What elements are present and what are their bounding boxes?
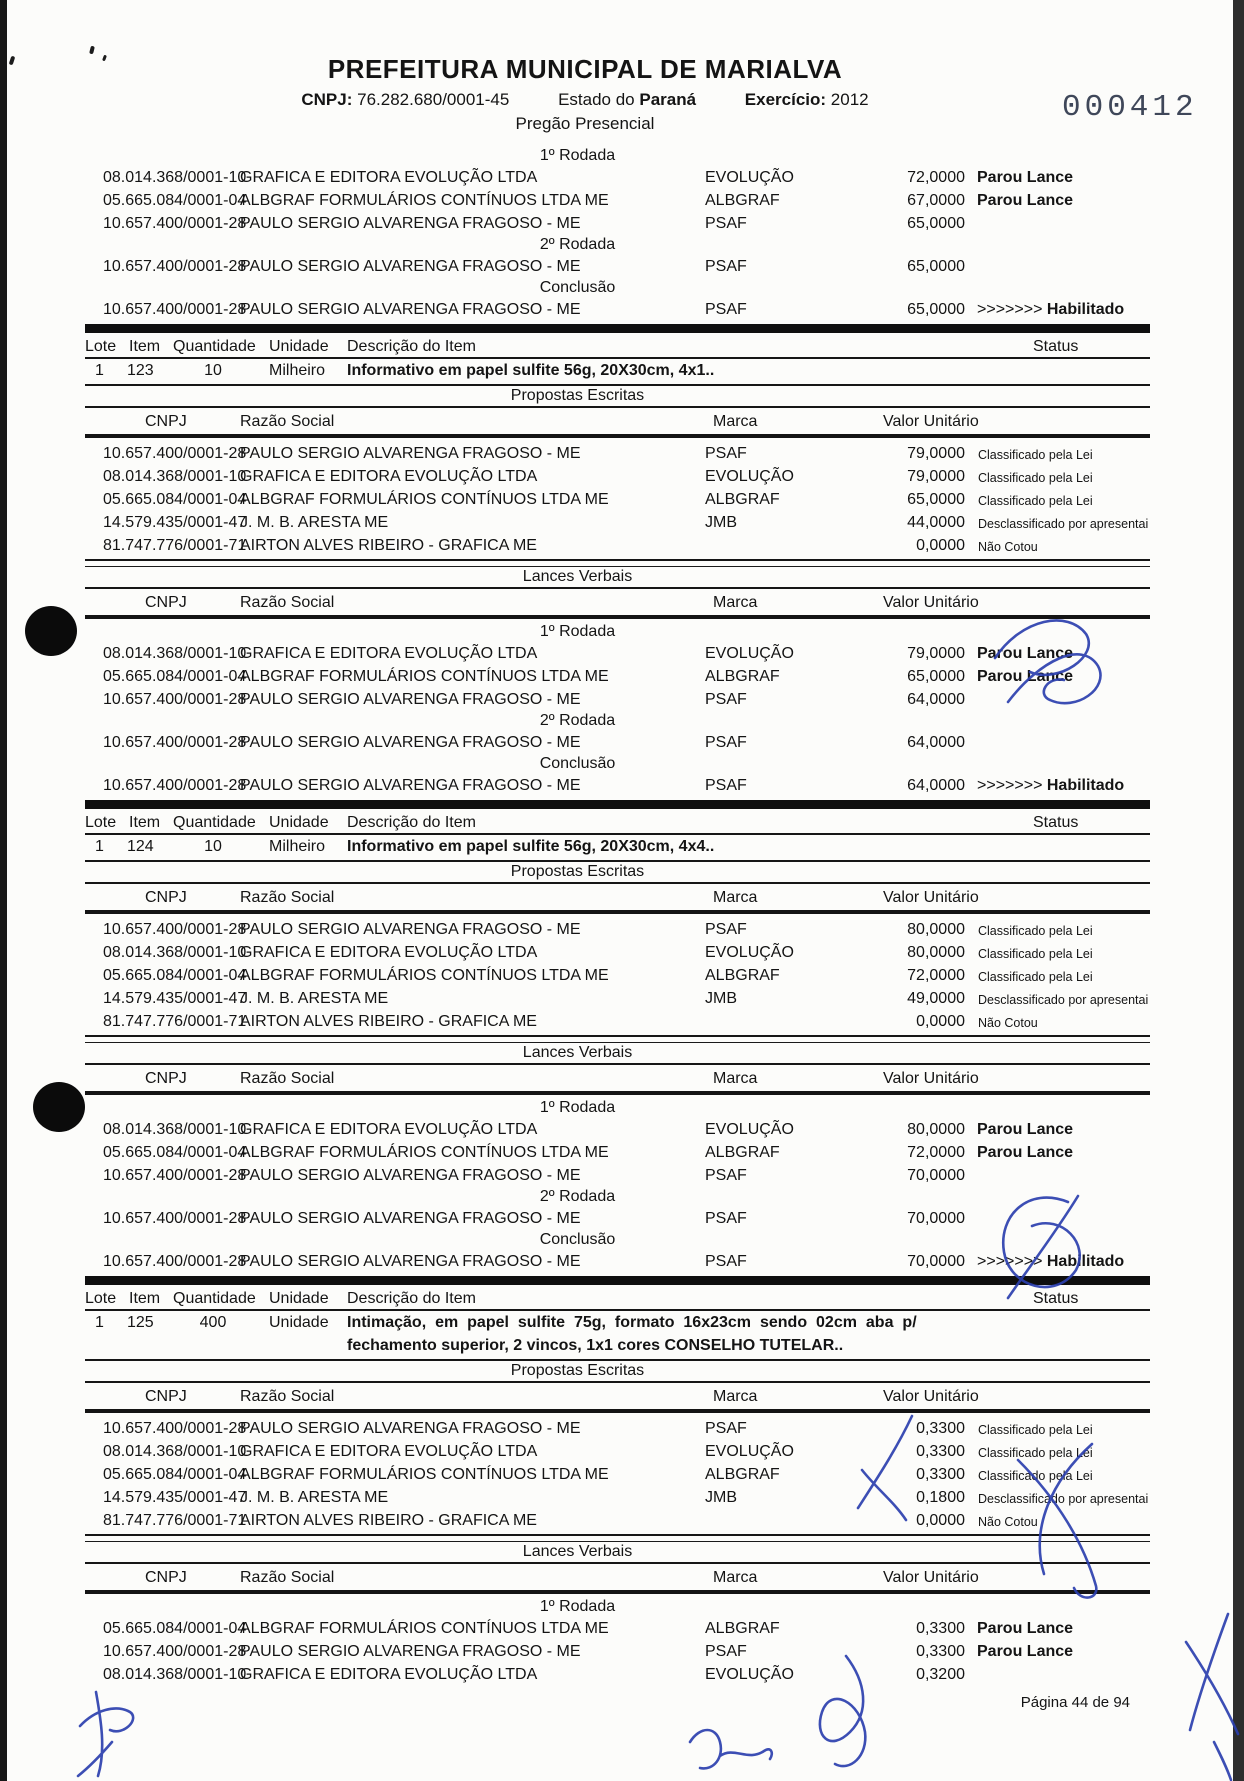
bid-flag: Parou Lance (977, 665, 1073, 688)
bid-row: 08.014.368/0001-10GRAFICA E EDITORA EVOL… (85, 465, 1150, 488)
bid-cnpj: 81.747.776/0001-71 (103, 1010, 246, 1033)
signature-mark (690, 1730, 772, 1768)
lot-value-lote: 1 (95, 1311, 104, 1334)
round-label: 1º Rodada (85, 622, 1070, 642)
bid-status: Classificado pela Lei (978, 467, 1093, 490)
bid-value: 0,3300 (725, 1463, 965, 1486)
bid-status: Desclassificado por apresentai (978, 989, 1148, 1012)
column-header-lote: Lote (85, 1288, 116, 1309)
bid-company: PAULO SERGIO ALVARENGA FRAGOSO - ME (240, 918, 581, 941)
bid-company: GRAFICA E EDITORA EVOLUÇÃO LTDA (240, 941, 537, 964)
column-header-descricao: Descrição do Item (347, 812, 476, 833)
bid-company: PAULO SERGIO ALVARENGA FRAGOSO - ME (240, 1640, 581, 1663)
bid-status: Desclassificado por apresentai (978, 1488, 1148, 1511)
bid-row: 08.014.368/0001-10GRAFICA E EDITORA EVOL… (85, 941, 1150, 964)
bid-cnpj: 10.657.400/0001-28 (103, 1207, 246, 1230)
lot-value-unidade: Milheiro (269, 835, 325, 858)
bid-flag: Parou Lance (977, 1640, 1073, 1663)
bid-cnpj: 05.665.084/0001-04 (103, 189, 246, 212)
bid-note: >>>>>>> Habilitado (977, 298, 1124, 321)
column-header-valor-unitario: Valor Unitário (883, 1567, 979, 1588)
bid-company: GRAFICA E EDITORA EVOLUÇÃO LTDA (240, 1118, 537, 1141)
column-header-quantidade: Quantidade (173, 812, 256, 833)
bid-value: 70,0000 (725, 1164, 965, 1187)
column-header-cnpj: CNPJ (145, 592, 187, 613)
document-body: 1º Rodada08.014.368/0001-10GRAFICA E EDI… (85, 146, 1150, 1686)
column-header-marca: Marca (713, 887, 757, 908)
bid-cnpj: 08.014.368/0001-10 (103, 941, 246, 964)
propostas-escritas-label: Propostas Escritas (85, 386, 1070, 406)
column-header-marca: Marca (713, 1068, 757, 1089)
round-label: Conclusão (85, 1230, 1070, 1250)
bid-row: 05.665.084/0001-04ALBGRAF FORMULÁRIOS CO… (85, 964, 1150, 987)
bid-status: Classificado pela Lei (978, 490, 1093, 513)
bid-row: 08.014.368/0001-10GRAFICA E EDITORA EVOL… (85, 1663, 1150, 1686)
bid-company: AIRTON ALVES RIBEIRO - GRAFICA ME (240, 1509, 537, 1532)
column-header-item: Item (129, 336, 160, 357)
bid-cnpj: 10.657.400/0001-28 (103, 1250, 246, 1273)
column-header-valor-unitario: Valor Unitário (883, 411, 979, 432)
bid-flag: Habilitado (1047, 1253, 1124, 1270)
bid-cnpj: 05.665.084/0001-04 (103, 1617, 246, 1640)
bid-cnpj: 05.665.084/0001-04 (103, 665, 246, 688)
round-label: Conclusão (85, 754, 1070, 774)
signature-mark (1186, 1614, 1238, 1780)
column-header-marca: Marca (713, 1567, 757, 1588)
bid-status: Não Cotou (978, 1012, 1038, 1035)
round-label: 2º Rodada (85, 711, 1070, 731)
lot-value-item: 124 (127, 835, 154, 858)
bid-flag: Parou Lance (977, 1118, 1073, 1141)
bid-flag: Habilitado (1047, 301, 1124, 318)
bid-value: 72,0000 (725, 964, 965, 987)
bid-cnpj: 05.665.084/0001-04 (103, 1463, 246, 1486)
bid-company: PAULO SERGIO ALVARENGA FRAGOSO - ME (240, 212, 581, 235)
bid-company: PAULO SERGIO ALVARENGA FRAGOSO - ME (240, 774, 581, 797)
bid-value: 80,0000 (725, 918, 965, 941)
bid-status: Classificado pela Lei (978, 1465, 1093, 1488)
bids-column-header: CNPJRazão SocialMarcaValor Unitário (85, 411, 1150, 432)
bid-status: Não Cotou (978, 536, 1038, 559)
bid-company: GRAFICA E EDITORA EVOLUÇÃO LTDA (240, 1663, 537, 1686)
bid-company: ALBGRAF FORMULÁRIOS CONTÍNUOS LTDA ME (240, 1617, 609, 1640)
bid-value: 44,0000 (725, 511, 965, 534)
bid-value: 65,0000 (725, 255, 965, 278)
propostas-escritas-label: Propostas Escritas (85, 862, 1070, 882)
propostas-escritas-label: Propostas Escritas (85, 1361, 1070, 1381)
bid-value: 65,0000 (725, 298, 965, 321)
bids-column-header: CNPJRazão SocialMarcaValor Unitário (85, 1386, 1150, 1407)
page-number: Página 44 de 94 (905, 1694, 1130, 1711)
lot-description-line: Informativo em papel sulfite 56g, 20X30c… (347, 359, 995, 382)
bid-cnpj: 10.657.400/0001-28 (103, 918, 246, 941)
column-header-descricao: Descrição do Item (347, 1288, 476, 1309)
bids-column-header: CNPJRazão SocialMarcaValor Unitário (85, 1567, 1150, 1588)
bid-cnpj: 81.747.776/0001-71 (103, 534, 246, 557)
bid-status: Não Cotou (978, 1511, 1038, 1534)
bid-flag: Parou Lance (977, 189, 1073, 212)
bid-status: Classificado pela Lei (978, 920, 1093, 943)
bid-cnpj: 10.657.400/0001-28 (103, 255, 246, 278)
column-header-marca: Marca (713, 411, 757, 432)
bid-cnpj: 05.665.084/0001-04 (103, 488, 246, 511)
bid-row: 81.747.776/0001-71AIRTON ALVES RIBEIRO -… (85, 534, 1150, 557)
column-header-cnpj: CNPJ (145, 1567, 187, 1588)
bid-cnpj: 10.657.400/0001-28 (103, 1640, 246, 1663)
bid-company: GRAFICA E EDITORA EVOLUÇÃO LTDA (240, 465, 537, 488)
bid-row: 05.665.084/0001-04ALBGRAF FORMULÁRIOS CO… (85, 1141, 1150, 1164)
bid-row: 10.657.400/0001-28PAULO SERGIO ALVARENGA… (85, 1250, 1150, 1273)
column-header-valor-unitario: Valor Unitário (883, 1068, 979, 1089)
column-header-lote: Lote (85, 812, 116, 833)
section-divider-bar (85, 1276, 1150, 1285)
bid-company: PAULO SERGIO ALVARENGA FRAGOSO - ME (240, 1417, 581, 1440)
bid-value: 70,0000 (725, 1250, 965, 1273)
lot-description: Informativo em papel sulfite 56g, 20X30c… (347, 835, 995, 858)
bid-value: 79,0000 (725, 642, 965, 665)
lances-verbais-label: Lances Verbais (85, 1043, 1070, 1063)
scan-edge-right (1233, 0, 1244, 1781)
bid-flag: Parou Lance (977, 1141, 1073, 1164)
bid-value: 67,0000 (725, 189, 965, 212)
bid-cnpj: 10.657.400/0001-28 (103, 298, 246, 321)
lot-value-unidade: Milheiro (269, 359, 325, 382)
bid-company: GRAFICA E EDITORA EVOLUÇÃO LTDA (240, 642, 537, 665)
bid-cnpj: 10.657.400/0001-28 (103, 1164, 246, 1187)
bid-row: 05.665.084/0001-04ALBGRAF FORMULÁRIOS CO… (85, 488, 1150, 511)
bid-value: 0,3300 (725, 1640, 965, 1663)
bid-row: 05.665.084/0001-04ALBGRAF FORMULÁRIOS CO… (85, 1617, 1150, 1640)
bid-flag: Parou Lance (977, 642, 1073, 665)
lot-column-header: LoteItemQuantidadeUnidadeDescrição do It… (85, 812, 1150, 833)
bid-status: Classificado pela Lei (978, 444, 1093, 467)
lot-row: 112310MilheiroInformativo em papel sulfi… (85, 359, 1150, 382)
bid-row: 10.657.400/0001-28PAULO SERGIO ALVARENGA… (85, 918, 1150, 941)
bid-cnpj: 10.657.400/0001-28 (103, 442, 246, 465)
bid-value: 0,0000 (725, 1010, 965, 1033)
bid-company: PAULO SERGIO ALVARENGA FRAGOSO - ME (240, 1207, 581, 1230)
bid-row: 08.014.368/0001-10GRAFICA E EDITORA EVOL… (85, 166, 1150, 189)
bid-value: 49,0000 (725, 987, 965, 1010)
bid-note: >>>>>>> Habilitado (977, 774, 1124, 797)
bid-company: PAULO SERGIO ALVARENGA FRAGOSO - ME (240, 731, 581, 754)
bid-company: PAULO SERGIO ALVARENGA FRAGOSO - ME (240, 1164, 581, 1187)
bid-row: 10.657.400/0001-28PAULO SERGIO ALVARENGA… (85, 1640, 1150, 1663)
lot-value-quantidade: 10 (173, 835, 253, 858)
bid-value: 64,0000 (725, 731, 965, 754)
column-header-descricao: Descrição do Item (347, 336, 476, 357)
hole-punch-icon (25, 606, 77, 656)
bid-flag: Parou Lance (977, 1617, 1073, 1640)
column-header-unidade: Unidade (269, 336, 329, 357)
scanned-document-page: PREFEITURA MUNICIPAL DE MARIALVA CNPJ: 7… (0, 0, 1244, 1781)
page-title: PREFEITURA MUNICIPAL DE MARIALVA (85, 54, 1085, 85)
lot-row: 112410MilheiroInformativo em papel sulfi… (85, 835, 1150, 858)
bid-row: 10.657.400/0001-28PAULO SERGIO ALVARENGA… (85, 442, 1150, 465)
bid-cnpj: 05.665.084/0001-04 (103, 964, 246, 987)
column-header-cnpj: CNPJ (145, 1068, 187, 1089)
lot-value-item: 123 (127, 359, 154, 382)
lot-description-line: Informativo em papel sulfite 56g, 20X30c… (347, 835, 995, 858)
column-header-valor-unitario: Valor Unitário (883, 1386, 979, 1407)
column-header-unidade: Unidade (269, 812, 329, 833)
bid-row: 14.579.435/0001-47J. M. B. ARESTA MEJMB4… (85, 987, 1150, 1010)
bid-row: 05.665.084/0001-04ALBGRAF FORMULÁRIOS CO… (85, 189, 1150, 212)
bid-cnpj: 08.014.368/0001-10 (103, 166, 246, 189)
lances-verbais-label: Lances Verbais (85, 1542, 1070, 1562)
bid-company: PAULO SERGIO ALVARENGA FRAGOSO - ME (240, 298, 581, 321)
lot-value-unidade: Unidade (269, 1311, 329, 1334)
bid-row: 10.657.400/0001-28PAULO SERGIO ALVARENGA… (85, 731, 1150, 754)
column-header-valor-unitario: Valor Unitário (883, 592, 979, 613)
column-header-quantidade: Quantidade (173, 336, 256, 357)
bid-company: J. M. B. ARESTA ME (240, 987, 388, 1010)
bid-status: Classificado pela Lei (978, 943, 1093, 966)
bid-row: 10.657.400/0001-28PAULO SERGIO ALVARENGA… (85, 1417, 1150, 1440)
bid-value: 0,0000 (725, 534, 965, 557)
bid-row: 10.657.400/0001-28PAULO SERGIO ALVARENGA… (85, 688, 1150, 711)
bid-cnpj: 08.014.368/0001-10 (103, 1663, 246, 1686)
column-header-status: Status (1033, 812, 1078, 833)
bid-value: 0,3300 (725, 1417, 965, 1440)
lances-verbais-label: Lances Verbais (85, 567, 1070, 587)
scan-edge-left (0, 0, 7, 1781)
bid-cnpj: 14.579.435/0001-47 (103, 987, 246, 1010)
bid-value: 72,0000 (725, 166, 965, 189)
lot-description: Informativo em papel sulfite 56g, 20X30c… (347, 359, 995, 382)
bid-note: >>>>>>> Habilitado (977, 1250, 1124, 1273)
document-header: PREFEITURA MUNICIPAL DE MARIALVA CNPJ: 7… (85, 54, 1085, 134)
section-divider-bar (85, 324, 1150, 333)
bid-row: 10.657.400/0001-28PAULO SERGIO ALVARENGA… (85, 1207, 1150, 1230)
round-label: Conclusão (85, 278, 1070, 298)
bid-company: ALBGRAF FORMULÁRIOS CONTÍNUOS LTDA ME (240, 665, 609, 688)
bids-column-header: CNPJRazão SocialMarcaValor Unitário (85, 592, 1150, 613)
bid-cnpj: 10.657.400/0001-28 (103, 1417, 246, 1440)
bid-cnpj: 08.014.368/0001-10 (103, 1440, 246, 1463)
arrows-glyphs: >>>>>>> (977, 301, 1047, 318)
bids-column-header: CNPJRazão SocialMarcaValor Unitário (85, 1068, 1150, 1089)
column-header-lote: Lote (85, 336, 116, 357)
bid-company: PAULO SERGIO ALVARENGA FRAGOSO - ME (240, 1250, 581, 1273)
bid-status: Classificado pela Lei (978, 1442, 1093, 1465)
bid-value: 0,3200 (725, 1663, 965, 1686)
column-header-unidade: Unidade (269, 1288, 329, 1309)
column-header-item: Item (129, 1288, 160, 1309)
column-header-cnpj: CNPJ (145, 887, 187, 908)
lot-description: Intimação, em papel sulfite 75g, formato… (347, 1311, 995, 1357)
bid-company: J. M. B. ARESTA ME (240, 511, 388, 534)
lot-row: 1125400UnidadeIntimação, em papel sulfit… (85, 1311, 1150, 1357)
bid-status: Classificado pela Lei (978, 1419, 1093, 1442)
bid-value: 0,0000 (725, 1509, 965, 1532)
bid-row: 81.747.776/0001-71AIRTON ALVES RIBEIRO -… (85, 1509, 1150, 1532)
cnpj-field: CNPJ: 76.282.680/0001-45 (301, 90, 509, 109)
bid-company: PAULO SERGIO ALVARENGA FRAGOSO - ME (240, 442, 581, 465)
bid-status: Desclassificado por apresentai (978, 513, 1148, 536)
bid-cnpj: 10.657.400/0001-28 (103, 774, 246, 797)
arrows-glyphs: >>>>>>> (977, 777, 1047, 794)
lot-value-item: 125 (127, 1311, 154, 1334)
bid-row: 05.665.084/0001-04ALBGRAF FORMULÁRIOS CO… (85, 1463, 1150, 1486)
lot-column-header: LoteItemQuantidadeUnidadeDescrição do It… (85, 1288, 1150, 1309)
bid-cnpj: 14.579.435/0001-47 (103, 511, 246, 534)
column-header-item: Item (129, 812, 160, 833)
bid-row: 10.657.400/0001-28PAULO SERGIO ALVARENGA… (85, 212, 1150, 235)
bid-cnpj: 10.657.400/0001-28 (103, 688, 246, 711)
column-header-razao-social: Razão Social (240, 1386, 334, 1407)
bid-row: 10.657.400/0001-28PAULO SERGIO ALVARENGA… (85, 774, 1150, 797)
bid-company: PAULO SERGIO ALVARENGA FRAGOSO - ME (240, 255, 581, 278)
column-header-marca: Marca (713, 592, 757, 613)
bid-value: 79,0000 (725, 465, 965, 488)
bid-cnpj: 81.747.776/0001-71 (103, 1509, 246, 1532)
bid-company: GRAFICA E EDITORA EVOLUÇÃO LTDA (240, 166, 537, 189)
bid-row: 05.665.084/0001-04ALBGRAF FORMULÁRIOS CO… (85, 665, 1150, 688)
lot-value-quantidade: 400 (173, 1311, 253, 1334)
column-header-razao-social: Razão Social (240, 1567, 334, 1588)
bid-value: 65,0000 (725, 212, 965, 235)
bid-company: ALBGRAF FORMULÁRIOS CONTÍNUOS LTDA ME (240, 1141, 609, 1164)
lot-value-lote: 1 (95, 835, 104, 858)
header-subline: CNPJ: 76.282.680/0001-45 Estado do Paran… (85, 90, 1085, 110)
round-label: 1º Rodada (85, 1597, 1070, 1617)
round-label: 1º Rodada (85, 1098, 1070, 1118)
column-header-razao-social: Razão Social (240, 592, 334, 613)
column-header-quantidade: Quantidade (173, 1288, 256, 1309)
column-header-marca: Marca (713, 1386, 757, 1407)
bid-value: 64,0000 (725, 774, 965, 797)
bid-cnpj: 08.014.368/0001-10 (103, 642, 246, 665)
lot-column-header: LoteItemQuantidadeUnidadeDescrição do It… (85, 336, 1150, 357)
exercicio-field: Exercício: 2012 (745, 90, 869, 109)
bid-company: ALBGRAF FORMULÁRIOS CONTÍNUOS LTDA ME (240, 964, 609, 987)
bid-row: 10.657.400/0001-28PAULO SERGIO ALVARENGA… (85, 298, 1150, 321)
hole-punch-icon (33, 1082, 85, 1132)
round-label: 2º Rodada (85, 235, 1070, 255)
column-header-cnpj: CNPJ (145, 411, 187, 432)
bid-value: 65,0000 (725, 665, 965, 688)
bid-value: 80,0000 (725, 941, 965, 964)
bid-row: 14.579.435/0001-47J. M. B. ARESTA MEJMB4… (85, 511, 1150, 534)
bid-value: 70,0000 (725, 1207, 965, 1230)
bid-company: ALBGRAF FORMULÁRIOS CONTÍNUOS LTDA ME (240, 189, 609, 212)
bid-row: 81.747.776/0001-71AIRTON ALVES RIBEIRO -… (85, 1010, 1150, 1033)
bid-company: J. M. B. ARESTA ME (240, 1486, 388, 1509)
page-stamp-number: 000412 (1062, 90, 1198, 125)
column-header-status: Status (1033, 336, 1078, 357)
signature-mark (78, 1692, 133, 1776)
bid-company: ALBGRAF FORMULÁRIOS CONTÍNUOS LTDA ME (240, 488, 609, 511)
bid-row: 14.579.435/0001-47J. M. B. ARESTA MEJMB0… (85, 1486, 1150, 1509)
bid-flag: Parou Lance (977, 166, 1073, 189)
bid-value: 79,0000 (725, 442, 965, 465)
section-divider-bar (85, 800, 1150, 809)
column-header-cnpj: CNPJ (145, 1386, 187, 1407)
bid-value: 80,0000 (725, 1118, 965, 1141)
column-header-razao-social: Razão Social (240, 411, 334, 432)
bid-company: PAULO SERGIO ALVARENGA FRAGOSO - ME (240, 688, 581, 711)
bid-cnpj: 14.579.435/0001-47 (103, 1486, 246, 1509)
scan-speck (9, 56, 16, 66)
bid-row: 08.014.368/0001-10GRAFICA E EDITORA EVOL… (85, 642, 1150, 665)
bid-cnpj: 10.657.400/0001-28 (103, 212, 246, 235)
bid-value: 0,1800 (725, 1486, 965, 1509)
column-header-razao-social: Razão Social (240, 1068, 334, 1089)
column-header-status: Status (1033, 1288, 1078, 1309)
bid-flag: Habilitado (1047, 777, 1124, 794)
bid-status: Classificado pela Lei (978, 966, 1093, 989)
bid-row: 08.014.368/0001-10GRAFICA E EDITORA EVOL… (85, 1118, 1150, 1141)
lot-description-line: Intimação, em papel sulfite 75g, formato… (347, 1311, 995, 1334)
bid-value: 65,0000 (725, 488, 965, 511)
bid-value: 64,0000 (725, 688, 965, 711)
bid-value: 72,0000 (725, 1141, 965, 1164)
bid-cnpj: 05.665.084/0001-04 (103, 1141, 246, 1164)
round-label: 2º Rodada (85, 1187, 1070, 1207)
bid-value: 0,3300 (725, 1617, 965, 1640)
arrows-glyphs: >>>>>>> (977, 1253, 1047, 1270)
bid-cnpj: 08.014.368/0001-10 (103, 1118, 246, 1141)
lot-value-quantidade: 10 (173, 359, 253, 382)
document-subtitle: Pregão Presencial (85, 114, 1085, 134)
bid-cnpj: 10.657.400/0001-28 (103, 731, 246, 754)
bid-row: 10.657.400/0001-28PAULO SERGIO ALVARENGA… (85, 255, 1150, 278)
bid-company: AIRTON ALVES RIBEIRO - GRAFICA ME (240, 534, 537, 557)
bid-company: GRAFICA E EDITORA EVOLUÇÃO LTDA (240, 1440, 537, 1463)
column-header-valor-unitario: Valor Unitário (883, 887, 979, 908)
estado-field: Estado do Paraná (558, 90, 696, 109)
round-label: 1º Rodada (85, 146, 1070, 166)
bid-value: 0,3300 (725, 1440, 965, 1463)
column-header-razao-social: Razão Social (240, 887, 334, 908)
bid-row: 08.014.368/0001-10GRAFICA E EDITORA EVOL… (85, 1440, 1150, 1463)
bid-row: 10.657.400/0001-28PAULO SERGIO ALVARENGA… (85, 1164, 1150, 1187)
bids-column-header: CNPJRazão SocialMarcaValor Unitário (85, 887, 1150, 908)
lot-value-lote: 1 (95, 359, 104, 382)
bid-company: AIRTON ALVES RIBEIRO - GRAFICA ME (240, 1010, 537, 1033)
lot-description-line: fechamento superior, 2 vincos, 1x1 cores… (347, 1334, 995, 1357)
bid-cnpj: 08.014.368/0001-10 (103, 465, 246, 488)
bid-company: ALBGRAF FORMULÁRIOS CONTÍNUOS LTDA ME (240, 1463, 609, 1486)
